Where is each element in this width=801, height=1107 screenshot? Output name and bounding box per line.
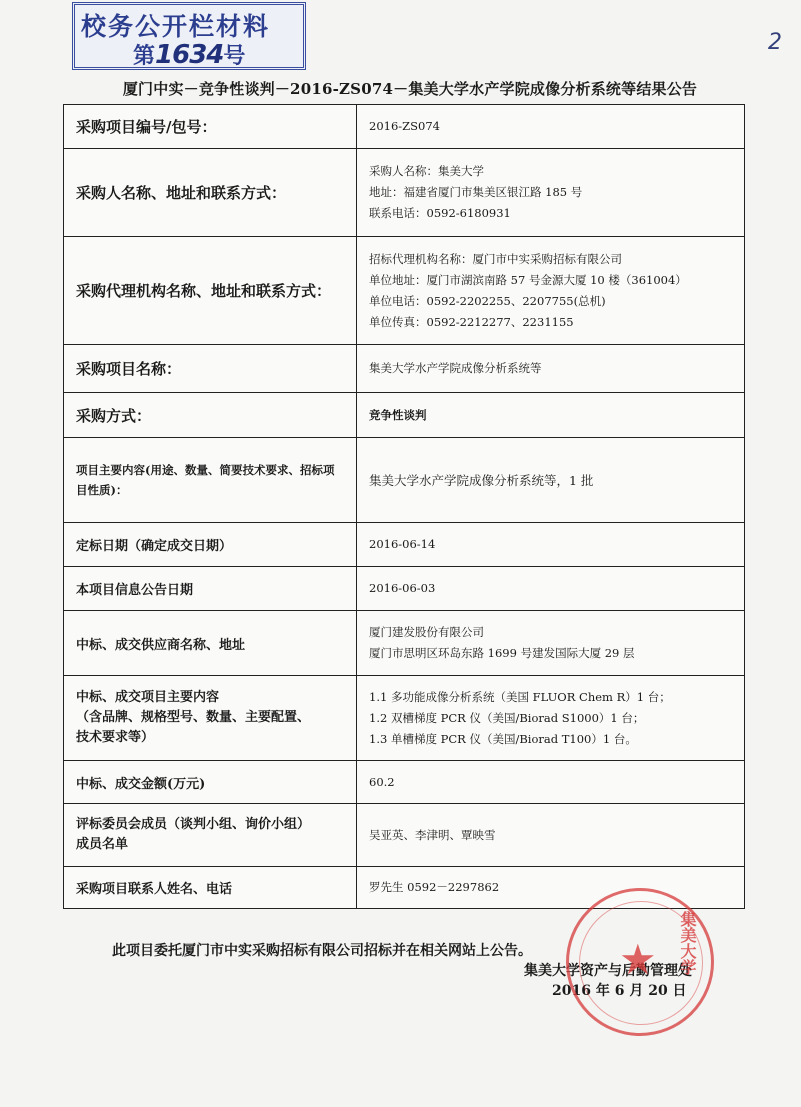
row-value: 厦门建发股份有限公司 厦门市思明区环岛东路 1699 号建发国际大厦 29 层	[357, 611, 745, 676]
row-value: 2016-06-14	[357, 523, 745, 567]
table-row: 采购代理机构名称、地址和联系方式： 招标代理机构名称：厦门市中实采购招标有限公司…	[64, 237, 745, 345]
value-line: 联系电话：0592-6180931	[369, 203, 734, 224]
table-row: 采购人名称、地址和联系方式： 采购人名称：集美大学 地址：福建省厦门市集美区银江…	[64, 149, 745, 237]
row-label: 采购代理机构名称、地址和联系方式：	[64, 237, 357, 345]
row-value: 2016-ZS074	[357, 105, 745, 149]
announcement-table: 采购项目编号/包号： 2016-ZS074 采购人名称、地址和联系方式： 采购人…	[63, 104, 745, 909]
star-icon: ★	[619, 939, 657, 981]
row-label: 采购人名称、地址和联系方式：	[64, 149, 357, 237]
value-line: 2016-06-14	[369, 534, 734, 555]
row-label: 中标、成交金额(万元)	[64, 761, 357, 804]
value-line: 单位地址：厦门市湖滨南路 57 号金源大厦 10 楼（361004）	[369, 270, 734, 291]
row-label: 中标、成交供应商名称、地址	[64, 611, 357, 676]
table-row: 中标、成交供应商名称、地址 厦门建发股份有限公司 厦门市思明区环岛东路 1699…	[64, 611, 745, 676]
row-value: 集美大学水产学院成像分析系统等，1 批	[357, 438, 745, 523]
table-row: 中标、成交金额(万元) 60.2	[64, 761, 745, 804]
stamp-number: 1634	[155, 40, 223, 70]
value-line: 60.2	[369, 772, 734, 793]
stamp-title: 校务公开栏材料	[81, 7, 270, 43]
label-line: 技术要求等）	[76, 728, 344, 748]
table-row: 评标委员会成员（谈判小组、询价小组） 成员名单 吴亚英、李津明、覃映雪	[64, 804, 745, 867]
official-seal: ★ 集美大学	[566, 888, 714, 1036]
stamp-suffix: 号	[223, 44, 245, 69]
row-value: 1.1 多功能成像分析系统（美国 FLUOR Chem R）1 台； 1.2 双…	[357, 676, 745, 761]
label-line: 中标、成交项目主要内容	[76, 688, 344, 708]
row-value: 60.2	[357, 761, 745, 804]
table-row: 采购项目名称： 集美大学水产学院成像分析系统等	[64, 345, 745, 393]
seal-text: 集美大学	[676, 911, 699, 975]
stamp-serial: 第1634号	[133, 39, 245, 70]
value-line: 地址：福建省厦门市集美区银江路 185 号	[369, 182, 734, 203]
table-row: 定标日期（确定成交日期） 2016-06-14	[64, 523, 745, 567]
value-line: 竞争性谈判	[369, 405, 734, 426]
row-value: 竞争性谈判	[357, 393, 745, 438]
value-line: 集美大学水产学院成像分析系统等	[369, 358, 734, 379]
table-row: 中标、成交项目主要内容 （含品牌、规格型号、数量、主要配置、 技术要求等） 1.…	[64, 676, 745, 761]
table-row: 采购项目编号/包号： 2016-ZS074	[64, 105, 745, 149]
value-line: 单位传真：0592-2212277、2231155	[369, 312, 734, 333]
value-line: 1.2 双槽梯度 PCR 仪（美国/Biorad S1000）1 台；	[369, 708, 734, 729]
archive-stamp: 校务公开栏材料 第1634号	[72, 2, 306, 70]
value-line: 单位电话：0592-2202255、2207755(总机)	[369, 291, 734, 312]
label-line: 成员名单	[76, 835, 344, 855]
row-label: 采购项目名称：	[64, 345, 357, 393]
row-label: 项目主要内容(用途、数量、简要技术要求、招标项目性质)：	[64, 438, 357, 523]
row-value: 吴亚英、李津明、覃映雪	[357, 804, 745, 867]
value-line: 罗先生 0592－2297862	[369, 877, 734, 898]
row-label: 本项目信息公告日期	[64, 567, 357, 611]
table-row: 采购方式： 竞争性谈判	[64, 393, 745, 438]
page-mark: 2	[768, 30, 782, 55]
value-line: 集美大学水产学院成像分析系统等，1 批	[369, 470, 734, 491]
table-row: 项目主要内容(用途、数量、简要技术要求、招标项目性质)： 集美大学水产学院成像分…	[64, 438, 745, 523]
label-line: （含品牌、规格型号、数量、主要配置、	[76, 708, 344, 728]
value-line: 1.1 多功能成像分析系统（美国 FLUOR Chem R）1 台；	[369, 687, 734, 708]
stamp-prefix: 第	[133, 44, 155, 69]
row-value: 罗先生 0592－2297862	[357, 867, 745, 909]
value-line: 招标代理机构名称：厦门市中实采购招标有限公司	[369, 249, 734, 270]
row-value: 采购人名称：集美大学 地址：福建省厦门市集美区银江路 185 号 联系电话：05…	[357, 149, 745, 237]
row-value: 集美大学水产学院成像分析系统等	[357, 345, 745, 393]
value-line: 1.3 单槽梯度 PCR 仪（美国/Biorad T100）1 台。	[369, 729, 734, 750]
row-value: 2016-06-03	[357, 567, 745, 611]
row-label: 采购项目编号/包号：	[64, 105, 357, 149]
value-line: 2016-ZS074	[369, 116, 734, 137]
row-label: 采购方式：	[64, 393, 357, 438]
row-label: 中标、成交项目主要内容 （含品牌、规格型号、数量、主要配置、 技术要求等）	[64, 676, 357, 761]
value-line: 2016-06-03	[369, 578, 734, 599]
row-value: 招标代理机构名称：厦门市中实采购招标有限公司 单位地址：厦门市湖滨南路 57 号…	[357, 237, 745, 345]
row-label: 定标日期（确定成交日期）	[64, 523, 357, 567]
row-label: 采购项目联系人姓名、电话	[64, 867, 357, 909]
label-line: 评标委员会成员（谈判小组、询价小组）	[76, 815, 344, 835]
table-row: 本项目信息公告日期 2016-06-03	[64, 567, 745, 611]
row-label: 评标委员会成员（谈判小组、询价小组） 成员名单	[64, 804, 357, 867]
value-line: 厦门建发股份有限公司	[369, 622, 734, 643]
value-line: 采购人名称：集美大学	[369, 161, 734, 182]
document-title: 厦门中实－竞争性谈判－2016-ZS074－集美大学水产学院成像分析系统等结果公…	[70, 78, 750, 99]
value-line: 厦门市思明区环岛东路 1699 号建发国际大厦 29 层	[369, 643, 734, 664]
value-line: 吴亚英、李津明、覃映雪	[369, 825, 734, 846]
footer-notice: 此项目委托厦门市中实采购招标有限公司招标并在相关网站上公告。	[112, 940, 532, 960]
